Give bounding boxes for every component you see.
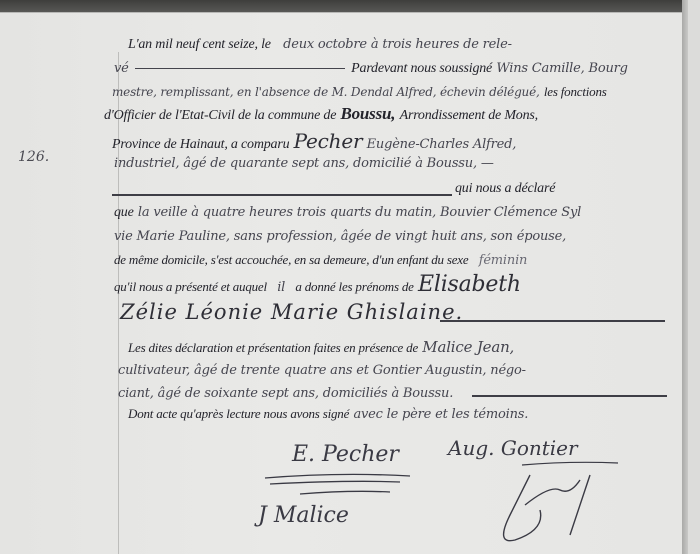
printed-text: Arrondissement de Mons, (400, 108, 538, 123)
child-first-name: Elisabeth (418, 272, 521, 297)
hand-text: vé (114, 61, 129, 76)
adjacent-page-strip (688, 0, 700, 554)
hand-text: deux octobre à trois heures de rele- (283, 37, 512, 52)
hand-text: mestre, remplissant, en l'absence de M. … (112, 85, 540, 99)
line-15: ciant, âgé de soixante sept ans, domicil… (118, 385, 453, 401)
line-6: industriel, âgé de quarante sept ans, do… (114, 155, 494, 171)
line-12: Zélie Léonie Marie Ghislaine. (120, 300, 463, 324)
fill-rule (472, 395, 667, 397)
hand-text: industriel, âgé de quarante sept ans, do… (114, 156, 494, 171)
printed-text: Les dites déclaration et présentation fa… (128, 340, 418, 355)
witness-1-name: Malice Jean, (422, 338, 514, 356)
printed-text: qu'il nous a présenté et auquel (114, 279, 267, 294)
printed-text: de même domicile, s'est accouchée, en sa… (114, 252, 468, 267)
mother-details: vie Marie Pauline, sans profession, âgée… (114, 229, 566, 244)
child-other-names: Zélie Léonie Marie Ghislaine. (120, 300, 463, 324)
hand-text: ciant, âgé de soixante sept ans, domicil… (118, 386, 453, 401)
line-4: d'Officier de l'Etat-Civil de la commune… (104, 104, 538, 124)
line-7: qui nous a déclaré (455, 180, 555, 197)
printed-text: Dont acte qu'après lecture nous avons si… (128, 406, 349, 421)
mayor-name: Wins Camille, Bourg (496, 61, 627, 76)
printed-text: L'an mil neuf cent seize, le (128, 37, 271, 52)
line-8: que la veille à quatre heures trois quar… (114, 204, 581, 221)
commune-name: Boussu, (340, 104, 395, 123)
line-14: cultivateur, âgé de trente quatre ans et… (118, 362, 526, 378)
printed-text: les fonctions (544, 84, 607, 99)
line-9: vie Marie Pauline, sans profession, âgée… (114, 228, 566, 244)
father-surname: Pecher (294, 129, 363, 153)
margin-rule (118, 52, 119, 554)
signature-officer (470, 460, 600, 550)
line-2: vé Pardevant nous soussigné Wins Camille… (114, 60, 628, 77)
signature-flourish (260, 470, 420, 500)
line-10: de même domicile, s'est accouchée, en sa… (114, 252, 527, 268)
line-11: qu'il nous a présenté et auquel il a don… (114, 272, 521, 297)
hand-text: la veille à quatre heures trois quarts d… (138, 205, 581, 220)
fill-rule (112, 194, 452, 196)
signature-witness-1: J Malice (258, 503, 349, 528)
child-sex: féminin (479, 253, 528, 268)
printed-text: qui nous a déclaré (455, 181, 555, 196)
line-16: Dont acte qu'après lecture nous avons si… (128, 406, 528, 422)
line-1: L'an mil neuf cent seize, le deux octobr… (128, 36, 512, 53)
signature-father: E. Pecher (292, 442, 399, 467)
father-given-names: Eugène-Charles Alfred, (367, 137, 517, 152)
fill-rule (135, 68, 345, 69)
line-3: mestre, remplissant, en l'absence de M. … (112, 84, 607, 100)
hand-text: cultivateur, âgé de trente quatre ans et… (118, 363, 526, 378)
printed-text: que (114, 205, 134, 220)
printed-text: a donné les prénoms de (295, 279, 413, 294)
fill-rule (440, 320, 665, 322)
hand-text: avec le père et les témoins. (353, 407, 528, 422)
line-5: Province de Hainaut, a comparu Pecher Eu… (112, 129, 516, 153)
line-13: Les dites déclaration et présentation fa… (128, 338, 514, 356)
hand-text: il (277, 280, 285, 295)
printed-text: Province de Hainaut, a comparu (112, 137, 289, 152)
entry-number: 126. (18, 149, 49, 165)
printed-text: Pardevant nous soussigné (351, 61, 492, 76)
printed-text: d'Officier de l'Etat-Civil de la commune… (104, 108, 336, 123)
